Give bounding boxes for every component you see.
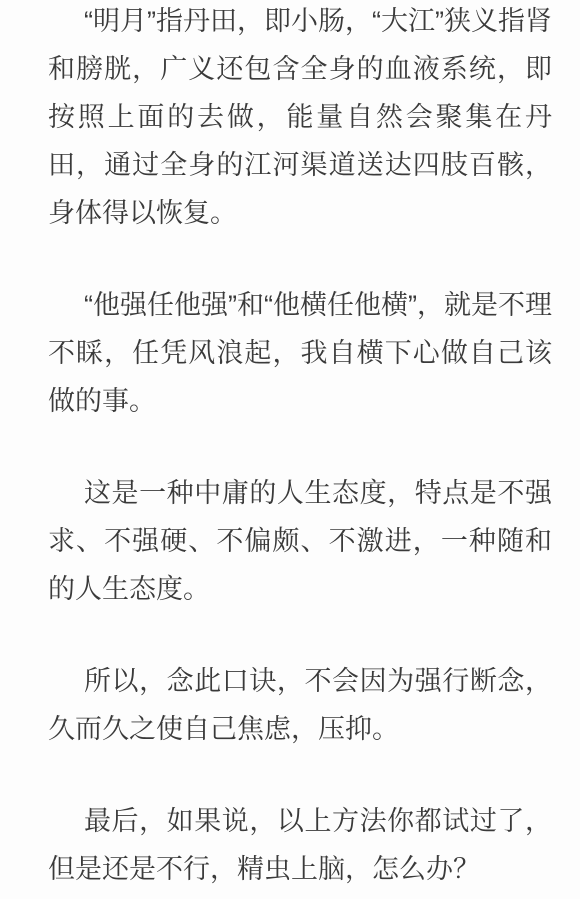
paragraph: 这是一种中庸的人生态度，特点是不强求、不强硬、不偏颇、不激进，一种随和的人生态度…: [48, 469, 552, 613]
paragraph: 所以，念此口诀，不会因为强行断念，久而久之使自己焦虑，压抑。: [48, 657, 552, 753]
paragraph: “他强任他强”和“他横任他横”，就是不理不睬，任凭风浪起，我自横下心做自己该做的…: [48, 281, 552, 425]
paragraph: 最后，如果说，以上方法你都试过了，但是还是不行，精虫上脑，怎么办？: [48, 797, 552, 893]
paragraph: “明月”指丹田，即小肠，“大江”狭义指肾和膀胱，广义还包含全身的血液系统，即按照…: [48, 0, 552, 237]
article-body: “明月”指丹田，即小肠，“大江”狭义指肾和膀胱，广义还包含全身的血液系统，即按照…: [48, 0, 552, 893]
document-page: “明月”指丹田，即小肠，“大江”狭义指肾和膀胱，广义还包含全身的血液系统，即按照…: [0, 0, 580, 899]
